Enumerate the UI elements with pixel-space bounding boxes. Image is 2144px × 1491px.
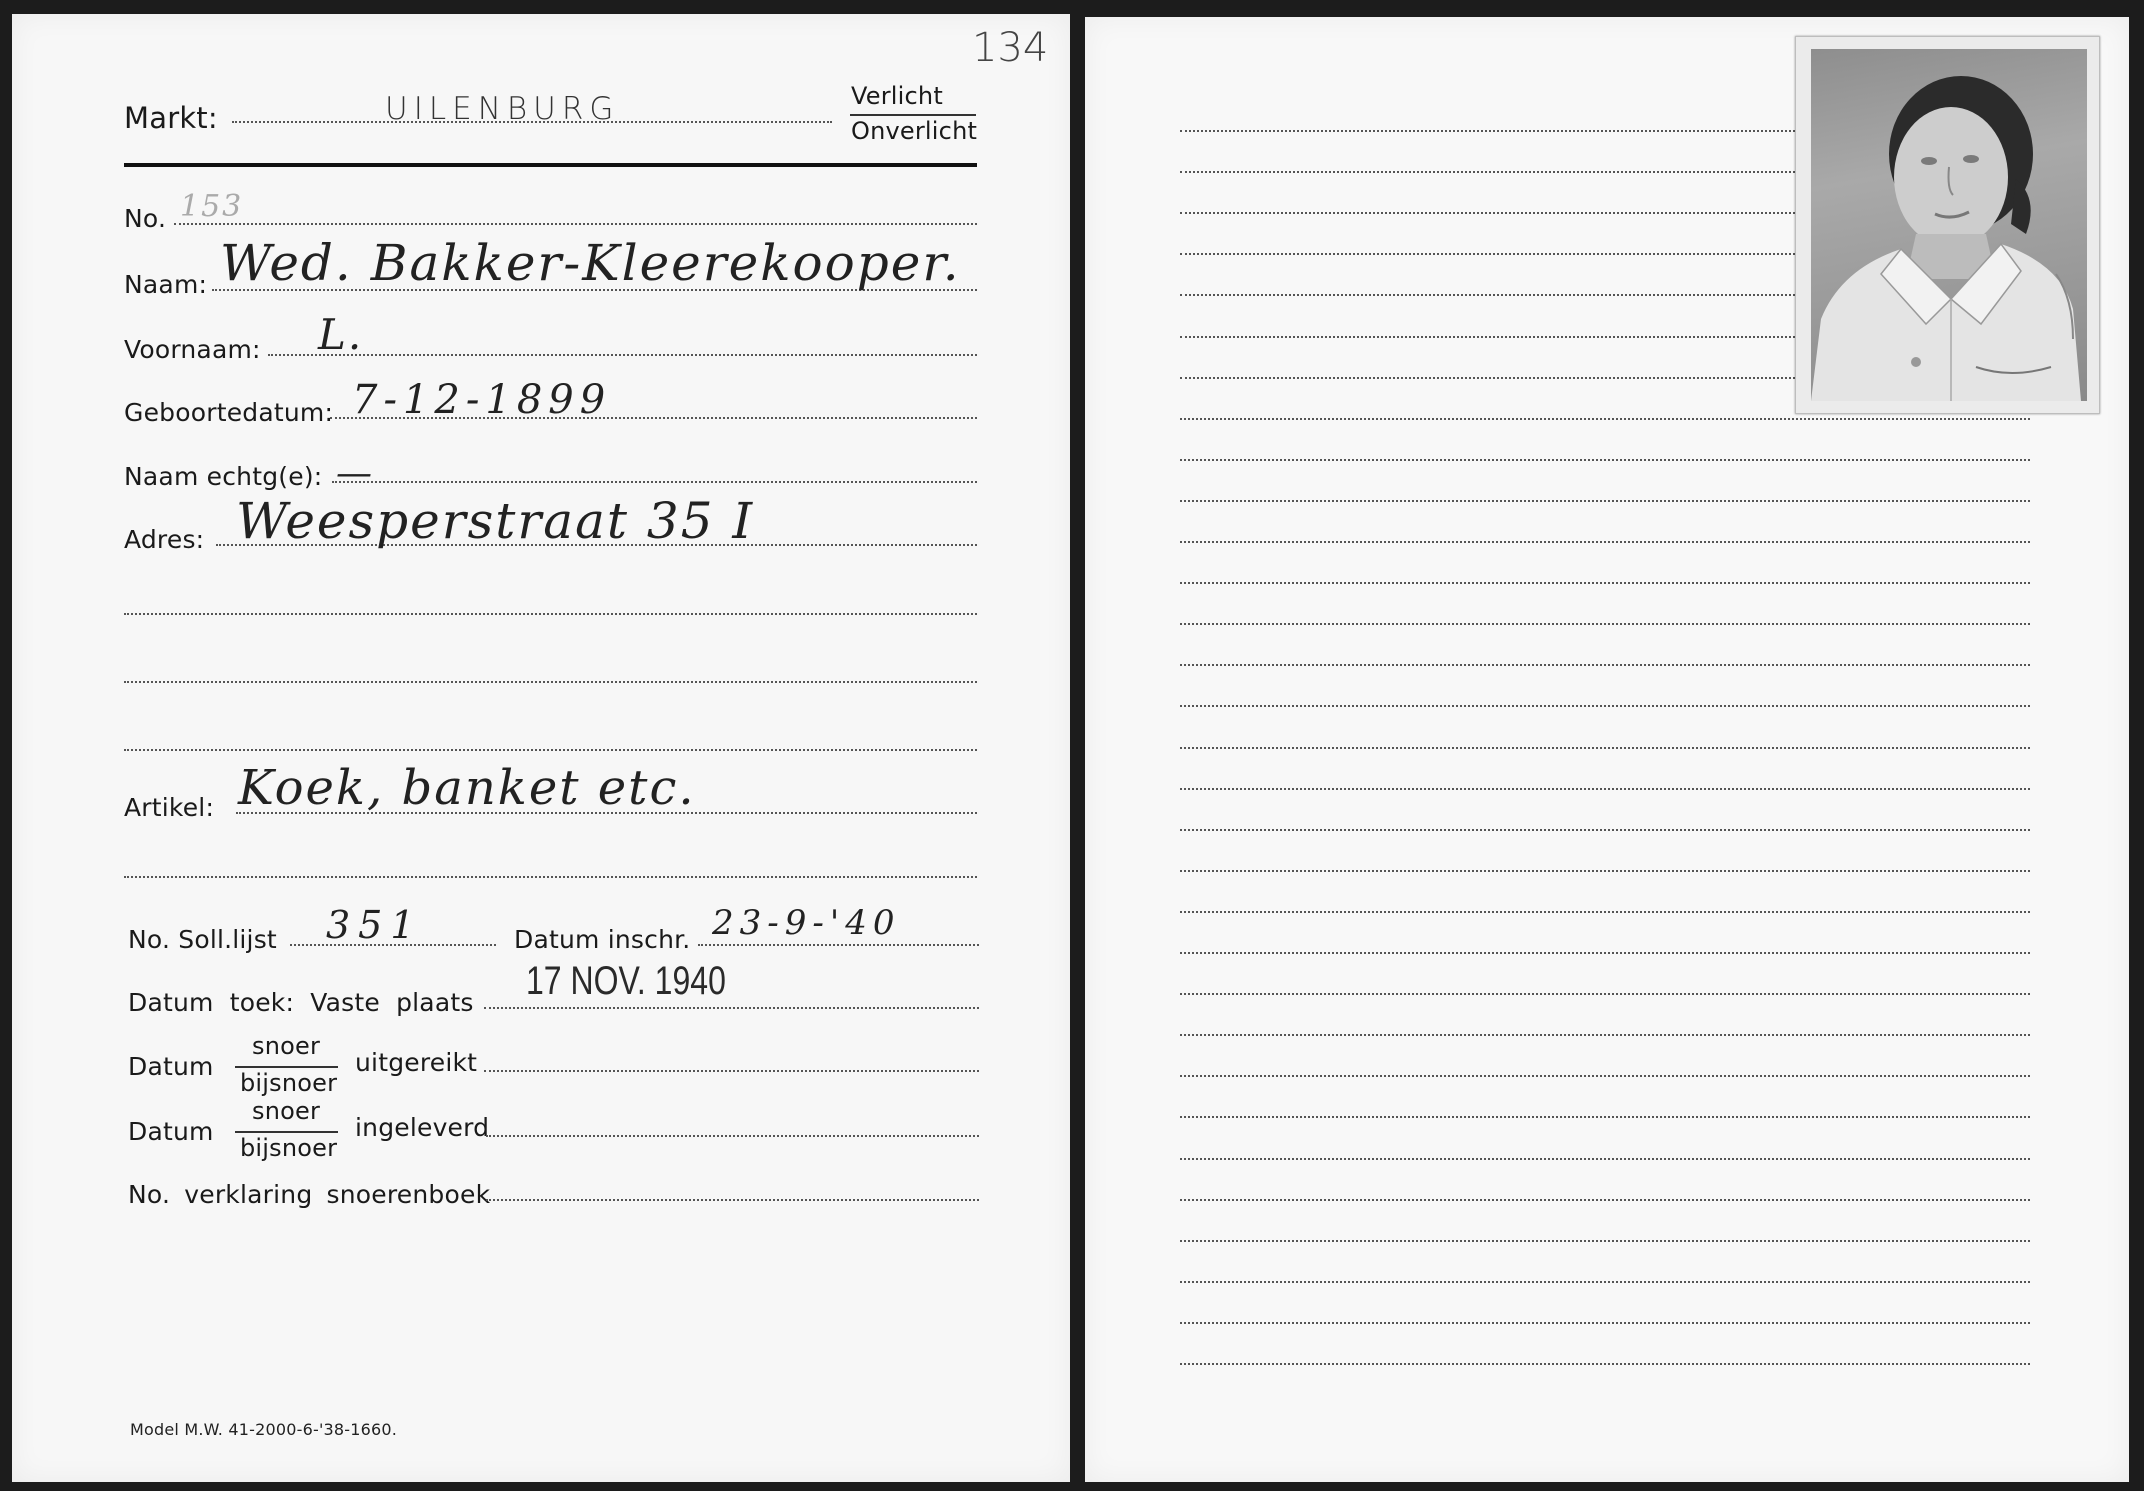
geboortedatum-label: Geboortedatum: xyxy=(124,400,333,425)
datum-inschr-label: Datum inschr. xyxy=(514,927,690,952)
lighting-divider xyxy=(850,114,976,116)
artikel-line-2[interactable] xyxy=(124,876,977,878)
back-ruled-line[interactable] xyxy=(1180,294,1795,296)
back-ruled-line[interactable] xyxy=(1180,1240,2030,1242)
lighting-option-verlicht[interactable]: Verlicht xyxy=(851,84,943,108)
back-ruled-line[interactable] xyxy=(1180,993,2030,995)
back-ruled-line[interactable] xyxy=(1180,130,1795,132)
datum-toek-stamp[interactable]: 17 NOV. 1940 xyxy=(526,961,726,1001)
snoer-uitgereikt-datum-label: Datum xyxy=(128,1054,214,1079)
back-ruled-line[interactable] xyxy=(1180,171,1795,173)
snoer-ingeleverd-datum-label: Datum xyxy=(128,1119,214,1144)
verklaring-label: No. verklaring snoerenboek xyxy=(128,1182,490,1207)
geboortedatum-value[interactable]: 7-12-1899 xyxy=(352,380,611,420)
back-ruled-line[interactable] xyxy=(1180,1075,2030,1077)
datum-inschr-value[interactable]: 23-9-'40 xyxy=(712,906,900,940)
back-ruled-line[interactable] xyxy=(1180,459,2030,461)
back-ruled-line[interactable] xyxy=(1180,1281,2030,1283)
back-ruled-line[interactable] xyxy=(1180,829,2030,831)
datum-toek-line xyxy=(484,1007,979,1009)
adres-line-3[interactable] xyxy=(124,681,977,683)
soll-lijst-value[interactable]: 351 xyxy=(326,906,423,944)
adres-line-4[interactable] xyxy=(124,749,977,751)
verklaring-line[interactable] xyxy=(486,1199,979,1201)
snoer-uitgereikt-fraction-top: snoer xyxy=(252,1034,320,1058)
artikel-value[interactable]: Koek, banket etc. xyxy=(238,764,696,812)
naam-label: Naam: xyxy=(124,272,207,297)
markt-value[interactable]: UILENBURG xyxy=(385,94,619,125)
back-ruled-line[interactable] xyxy=(1180,664,2030,666)
naam-echtgenote-value[interactable]: — xyxy=(336,456,374,492)
page-number: 134 xyxy=(972,28,1048,68)
voornaam-value[interactable]: L. xyxy=(318,314,363,356)
datum-inschr-line xyxy=(698,944,979,946)
markt-label: Markt: xyxy=(124,104,218,133)
adres-label: Adres: xyxy=(124,527,204,552)
voornaam-line xyxy=(268,354,977,356)
snoer-uitgereikt-line[interactable] xyxy=(484,1070,979,1072)
back-ruled-line[interactable] xyxy=(1180,541,2030,543)
snoer-ingeleverd-fraction-bar xyxy=(235,1131,338,1133)
snoer-ingeleverd-line[interactable] xyxy=(486,1135,979,1137)
back-ruled-line[interactable] xyxy=(1180,1034,2030,1036)
no-label: No. xyxy=(124,206,166,231)
no-line xyxy=(174,223,977,225)
back-ruled-line[interactable] xyxy=(1180,705,2030,707)
lighting-option-onverlicht[interactable]: Onverlicht xyxy=(851,119,977,143)
voornaam-label: Voornaam: xyxy=(124,337,261,362)
back-ruled-line[interactable] xyxy=(1180,212,1795,214)
header-rule xyxy=(124,163,977,167)
adres-value[interactable]: Weesperstraat 35 I xyxy=(236,496,754,546)
back-ruled-line[interactable] xyxy=(1180,582,2030,584)
naam-echtgenote-label: Naam echtg(e): xyxy=(124,464,322,489)
snoer-ingeleverd-end-label: ingeleverd xyxy=(355,1115,489,1140)
back-ruled-line[interactable] xyxy=(1180,623,2030,625)
back-ruled-line[interactable] xyxy=(1180,253,1795,255)
back-ruled-line[interactable] xyxy=(1180,870,2030,872)
artikel-label: Artikel: xyxy=(124,795,214,820)
soll-lijst-label: No. Soll.lijst xyxy=(128,927,277,952)
portrait-photo-icon xyxy=(1811,49,2087,401)
no-value[interactable]: 153 xyxy=(180,192,243,222)
snoer-uitgereikt-fraction-bottom: bijsnoer xyxy=(240,1071,337,1095)
datum-toek-label: Datum toek: Vaste plaats xyxy=(128,990,474,1015)
back-ruled-line[interactable] xyxy=(1180,788,2030,790)
naam-echtgenote-line xyxy=(332,481,977,483)
back-ruled-line[interactable] xyxy=(1180,377,1795,379)
snoer-ingeleverd-fraction-bottom: bijsnoer xyxy=(240,1136,337,1160)
snoer-uitgereikt-fraction-bar xyxy=(235,1066,338,1068)
snoer-uitgereikt-end-label: uitgereikt xyxy=(355,1050,477,1075)
back-ruled-line[interactable] xyxy=(1180,747,2030,749)
photo-frame xyxy=(1795,36,2100,414)
back-ruled-line[interactable] xyxy=(1180,336,1795,338)
back-ruled-line[interactable] xyxy=(1180,1199,2030,1201)
back-ruled-line[interactable] xyxy=(1180,1158,2030,1160)
naam-value[interactable]: Wed. Bakker-Kleerekooper. xyxy=(220,238,961,288)
snoer-ingeleverd-fraction-top: snoer xyxy=(252,1099,320,1123)
back-ruled-line[interactable] xyxy=(1180,911,2030,913)
back-ruled-line[interactable] xyxy=(1180,1322,2030,1324)
back-ruled-line[interactable] xyxy=(1180,500,2030,502)
back-ruled-line[interactable] xyxy=(1180,952,2030,954)
model-footer: Model M.W. 41-2000-6-'38-1660. xyxy=(130,1422,397,1438)
back-ruled-line[interactable] xyxy=(1180,1363,2030,1365)
adres-line-2[interactable] xyxy=(124,613,977,615)
back-ruled-line[interactable] xyxy=(1180,418,2030,420)
back-ruled-line[interactable] xyxy=(1180,1116,2030,1118)
